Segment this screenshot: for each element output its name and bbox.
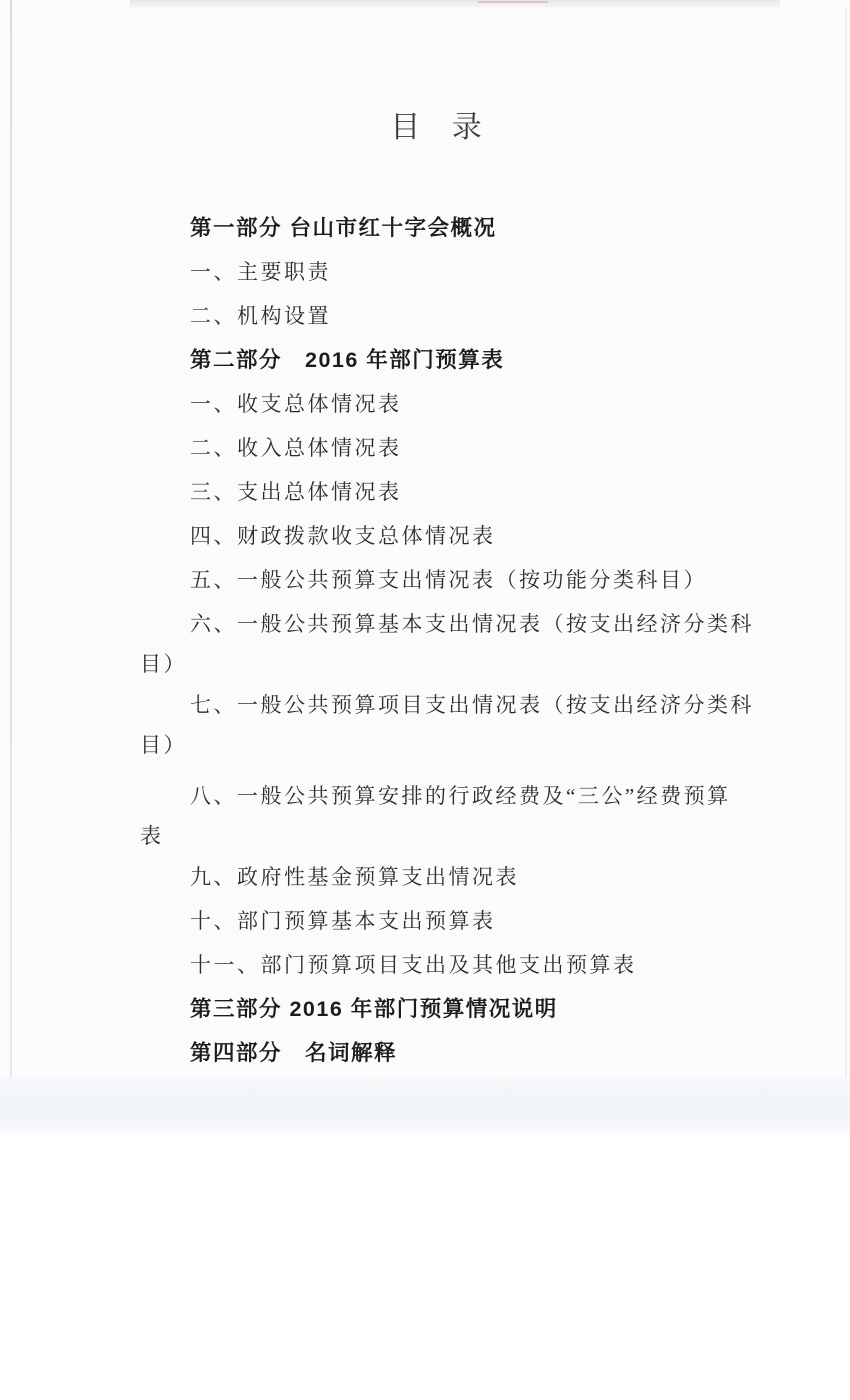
document-title: 目 录 <box>0 108 850 148</box>
scanned-page: 目 录 第一部分 台山市红十字会概况一、主要职责二、机构设置第二部分 2016 … <box>0 0 850 1400</box>
toc-entry: 第一部分 台山市红十字会概况 <box>140 206 800 250</box>
toc-entry-continuation: 目） <box>140 727 800 764</box>
toc-entry: 七、一般公共预算项目支出情况表（按支出经济分类科 <box>140 683 800 727</box>
toc-entry: 第二部分 2016 年部门预算表 <box>140 338 800 382</box>
toc-entry: 十、部门预算基本支出预算表 <box>140 899 800 943</box>
toc-entry-continuation: 表 <box>140 818 800 855</box>
paper-right-edge <box>845 8 847 1078</box>
scan-artifact-speck <box>478 1 548 3</box>
toc-entry: 二、收入总体情况表 <box>140 426 800 470</box>
toc-entry: 五、一般公共预算支出情况表（按功能分类科目） <box>140 558 800 602</box>
toc-entry: 三、支出总体情况表 <box>140 470 800 514</box>
toc-entry: 一、收支总体情况表 <box>140 382 800 426</box>
toc-entry: 第三部分 2016 年部门预算情况说明 <box>140 987 800 1031</box>
toc-entry: 九、政府性基金预算支出情况表 <box>140 855 800 899</box>
paper-bottom-shadow <box>0 1078 850 1136</box>
toc-entry-continuation: 目） <box>140 646 800 683</box>
toc-entry: 八、一般公共预算安排的行政经费及“三公”经费预算 <box>140 774 800 818</box>
paper-left-edge <box>10 0 12 1078</box>
toc-entry: 第四部分 名词解释 <box>140 1031 800 1075</box>
toc-entry: 一、主要职责 <box>140 250 800 294</box>
table-of-contents: 第一部分 台山市红十字会概况一、主要职责二、机构设置第二部分 2016 年部门预… <box>140 206 800 1075</box>
toc-entry: 十一、部门预算项目支出及其他支出预算表 <box>140 943 800 987</box>
toc-entry: 六、一般公共预算基本支出情况表（按支出经济分类科 <box>140 602 800 646</box>
toc-entry: 四、财政拨款收支总体情况表 <box>140 514 800 558</box>
toc-entry: 二、机构设置 <box>140 294 800 338</box>
scan-top-edge <box>130 0 780 7</box>
